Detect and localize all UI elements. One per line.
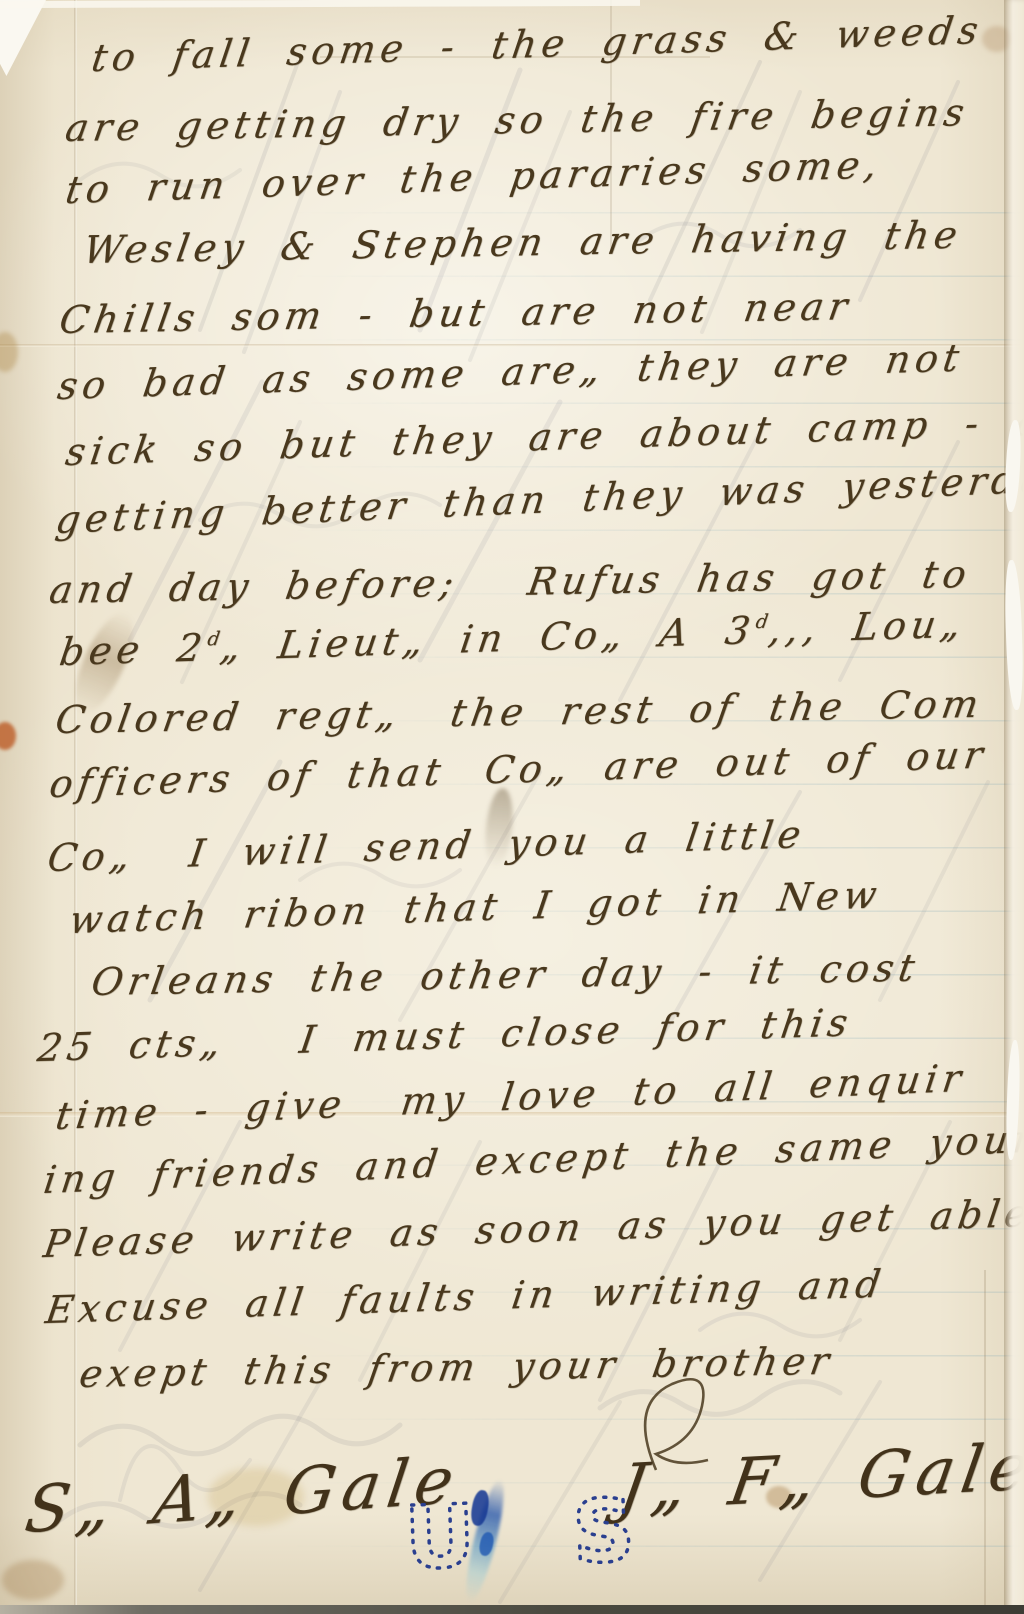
line-text: I will send you a little <box>186 812 808 876</box>
letter-line: Wesley & Stephen are having the <box>81 213 966 272</box>
line-text: 25 cts„ <box>35 1020 228 1070</box>
letter-line: Excuse all faults in writing and <box>43 1262 889 1333</box>
us-stamp: U S <box>400 1488 650 1598</box>
line-text: officers of that <box>47 749 449 806</box>
line-text: „ Lieut„ in Co„ A 3 <box>217 608 757 669</box>
line-text: bee 2 <box>57 625 210 674</box>
letter-line: exept this from your brother <box>77 1339 837 1396</box>
letter-line: Please write as soon as you get able, <box>41 1190 1024 1266</box>
line-text: exept this from your brother <box>77 1339 837 1396</box>
line-text: Co„ are out of our <box>482 732 990 792</box>
letter-line: to run over the pararies some, <box>63 142 885 212</box>
line-text: so bad as some are„ they are not <box>55 335 967 408</box>
letter-line: so bad as some are„ they are not <box>55 335 967 408</box>
rust-spot <box>0 722 16 750</box>
letter-line: Orleans the other day - it cost <box>89 945 923 1004</box>
letter-line: Co„I will send you a little <box>45 812 809 880</box>
age-stain <box>2 1560 64 1600</box>
line-text: Please write as soon as you get able, <box>41 1190 1024 1266</box>
letter-line: Colored regt„the rest of the Com <box>53 682 987 742</box>
line-text: ‚‚‚ Lou„ <box>766 601 969 651</box>
letter-line: bee 2d„ Lieut„ in Co„ A 3d‚‚‚ Lou„ <box>57 601 969 674</box>
letter-line: officers of thatCo„ are out of our <box>47 732 991 806</box>
letter-line: watch ribon that I got in New <box>67 872 885 942</box>
letter-line: and day before;Rufus has got to <box>47 552 975 612</box>
line-text: are getting dry so the fire begins <box>63 90 973 150</box>
scanned-letter-page: to fall some - the grass & weeds are get… <box>0 0 1024 1614</box>
line-text: Colored regt„ <box>53 692 405 742</box>
line-text: Wesley & Stephen are having the <box>81 213 966 272</box>
scan-bottom-edge <box>0 1605 1024 1614</box>
age-stain <box>0 332 18 372</box>
line-text: Co„ <box>45 833 138 880</box>
letter-line: 25 cts„I must close for this <box>35 1000 856 1070</box>
letter-line: Chills som - but are not near <box>57 284 856 342</box>
line-text: Chills som - but are not near <box>57 284 856 342</box>
line-text: I must close for this <box>297 1000 856 1062</box>
letter-line: are getting dry so the fire begins <box>63 90 973 150</box>
signature-sa-gale: S„ A„ Gale <box>21 1443 465 1548</box>
line-text: and day before; <box>47 561 462 612</box>
signature-jf-gale: J„ F„ Gale <box>614 1430 1024 1526</box>
line-text: watch ribon that I got in New <box>67 872 885 942</box>
line-text: to run over the pararies some, <box>63 142 885 212</box>
scan-corner-notch <box>0 0 46 76</box>
line-text: time - give <box>53 1082 349 1138</box>
line-text: my love to all enquir <box>398 1056 968 1124</box>
line-text: Orleans the other day - it cost <box>89 945 923 1004</box>
line-text: to fall some - the grass & weeds <box>89 8 986 80</box>
line-text: Rufus has got to <box>525 552 975 604</box>
letter-line: to fall some - the grass & weeds <box>89 8 986 80</box>
us-stamp-letters: U S <box>403 1480 670 1589</box>
torn-paper-right-edge <box>1004 0 1024 1614</box>
us-stamp-graphic: U S <box>400 1488 650 1598</box>
line-text: Excuse all faults in writing and <box>43 1262 889 1333</box>
line-text: the rest of the Com <box>447 682 986 735</box>
paper-top-edge <box>0 0 640 8</box>
fold-crease-vertical-left <box>74 0 77 1614</box>
